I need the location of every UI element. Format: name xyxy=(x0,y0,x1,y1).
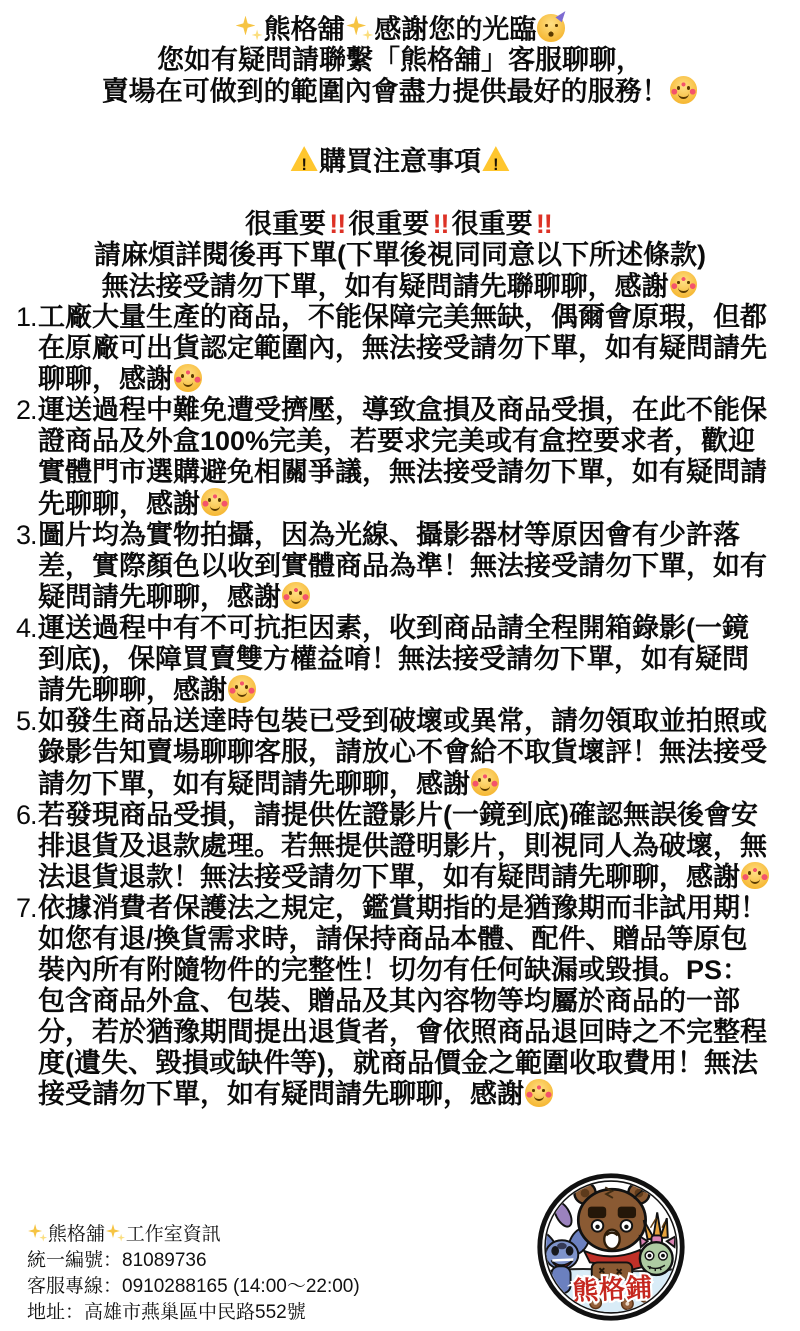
em-sparkle-icon xyxy=(346,14,374,42)
term-item-7: 7.依據消費者保護法之規定，鑑賞期指的是猶豫期而非試用期！如您有退/換貨需求時，… xyxy=(38,893,770,1110)
em-love-icon xyxy=(201,488,229,516)
store-logo: $ 熊格鋪 xyxy=(534,1170,688,1324)
studio-info-title: 熊格舖工作室資訊 xyxy=(27,1222,360,1248)
term-number: 3. xyxy=(16,520,37,551)
em-love-icon xyxy=(525,1079,553,1107)
important-line-3: 無法接受請勿下單，如有疑問請先聯聊聊，感謝 xyxy=(0,271,800,302)
em-warn-icon xyxy=(290,146,318,174)
greeting-line-1: 熊格舖感謝您的光臨 xyxy=(0,14,800,45)
term-text: 如發生商品送達時包裝已受到破壞或異常，請勿領取並拍照或錄影告知賣場聊聊客服，請放… xyxy=(38,706,767,798)
term-number: 5. xyxy=(16,706,37,737)
important-line-1: 很重要很重要很重要 xyxy=(0,209,800,240)
greeting-block: 熊格舖感謝您的光臨 您如有疑問請聯繫「熊格舖」客服聊聊， 賣場在可做到的範圍內會… xyxy=(0,14,800,108)
store-notice-page: 熊格舖感謝您的光臨 您如有疑問請聯繫「熊格舖」客服聊聊， 賣場在可做到的範圍內會… xyxy=(0,0,800,1110)
term-text: 依據消費者保護法之規定，鑑賞期指的是猶豫期而非試用期！如您有退/換貨需求時，請保… xyxy=(38,893,767,1109)
term-item-4: 4.運送過程中有不可抗拒因素，收到商品請全程開箱錄影(一鏡到底)，保障買賣雙方權… xyxy=(38,613,770,706)
studio-info: 熊格舖工作室資訊 統一編號：81089736 客服專線：0910288165 (… xyxy=(27,1222,360,1326)
term-number: 1. xyxy=(16,302,37,333)
terms-list: 1.工廠大量生產的商品，不能保障完美無缺，偶爾會原瑕，但都在原廠可出貨認定範圍內… xyxy=(0,302,800,1110)
em-love-icon xyxy=(174,364,202,392)
greeting-line-2: 您如有疑問請聯繫「熊格舖」客服聊聊， xyxy=(0,45,800,76)
term-number: 7. xyxy=(16,893,37,924)
em-party-icon xyxy=(537,14,565,42)
em-love-icon xyxy=(228,675,256,703)
greeting-line-3: 賣場在可做到的範圍內會盡力提供最好的服務！ xyxy=(0,76,800,107)
em-love-icon xyxy=(282,582,310,610)
term-text: 運送過程中有不可抗拒因素，收到商品請全程開箱錄影(一鏡到底)，保障買賣雙方權益唷… xyxy=(38,613,749,705)
term-item-5: 5.如發生商品送達時包裝已受到破壞或異常，請勿領取並拍照或錄影告知賣場聊聊客服，… xyxy=(38,706,770,799)
uniform-number: 統一編號：81089736 xyxy=(27,1248,360,1274)
em-sparkle-icon xyxy=(28,1223,47,1242)
em-love-icon xyxy=(670,271,698,299)
term-item-1: 1.工廠大量生產的商品，不能保障完美無缺，偶爾會原瑕，但都在原廠可出貨認定範圍內… xyxy=(38,302,770,395)
term-item-2: 2.運送過程中難免遭受擠壓，導致盒損及商品受損，在此不能保證商品及外盒100%完… xyxy=(38,395,770,519)
em-love-icon xyxy=(741,862,769,890)
important-block: 很重要很重要很重要 請麻煩詳閱後再下單(下單後視同同意以下所述條款) 無法接受請… xyxy=(0,209,800,302)
em-bang-icon xyxy=(329,209,345,240)
em-love-icon xyxy=(471,768,499,796)
term-item-6: 6.若發現商品受損，請提供佐證影片(一鏡到底)確認無誤後會安排退貨及退款處理。若… xyxy=(38,800,770,893)
term-number: 6. xyxy=(16,800,37,831)
service-hotline: 客服專線：0910288165 (14:00～22:00) xyxy=(27,1274,360,1300)
term-text: 圖片均為實物拍攝，因為光線、攝影器材等原因會有少許落差，實際顏色以收到實體商品為… xyxy=(38,520,767,612)
term-item-3: 3.圖片均為實物拍攝，因為光線、攝影器材等原因會有少許落差，實際顏色以收到實體商… xyxy=(38,520,770,613)
em-bang-icon xyxy=(536,209,552,240)
logo-badge-text: 熊格鋪 xyxy=(571,1272,653,1306)
term-text: 運送過程中難免遭受擠壓，導致盒損及商品受損，在此不能保證商品及外盒100%完美，… xyxy=(38,395,767,518)
term-number: 2. xyxy=(16,395,37,426)
em-sparkle-icon xyxy=(235,14,263,42)
address: 地址：高雄市燕巢區中民路552號 xyxy=(27,1300,360,1326)
term-text: 若發現商品受損，請提供佐證影片(一鏡到底)確認無誤後會安排退貨及退款處理。若無提… xyxy=(38,800,770,892)
em-bang-icon xyxy=(433,209,449,240)
term-text: 工廠大量生產的商品，不能保障完美無缺，偶爾會原瑕，但都在原廠可出貨認定範圍內，無… xyxy=(38,302,767,394)
em-love-icon xyxy=(670,76,698,104)
purchase-notice-title: 購買注意事項 xyxy=(0,146,800,177)
important-line-2: 請麻煩詳閱後再下單(下單後視同同意以下所述條款) xyxy=(0,240,800,271)
em-sparkle-icon xyxy=(106,1223,125,1242)
em-warn-icon xyxy=(482,146,510,174)
term-number: 4. xyxy=(16,613,37,644)
